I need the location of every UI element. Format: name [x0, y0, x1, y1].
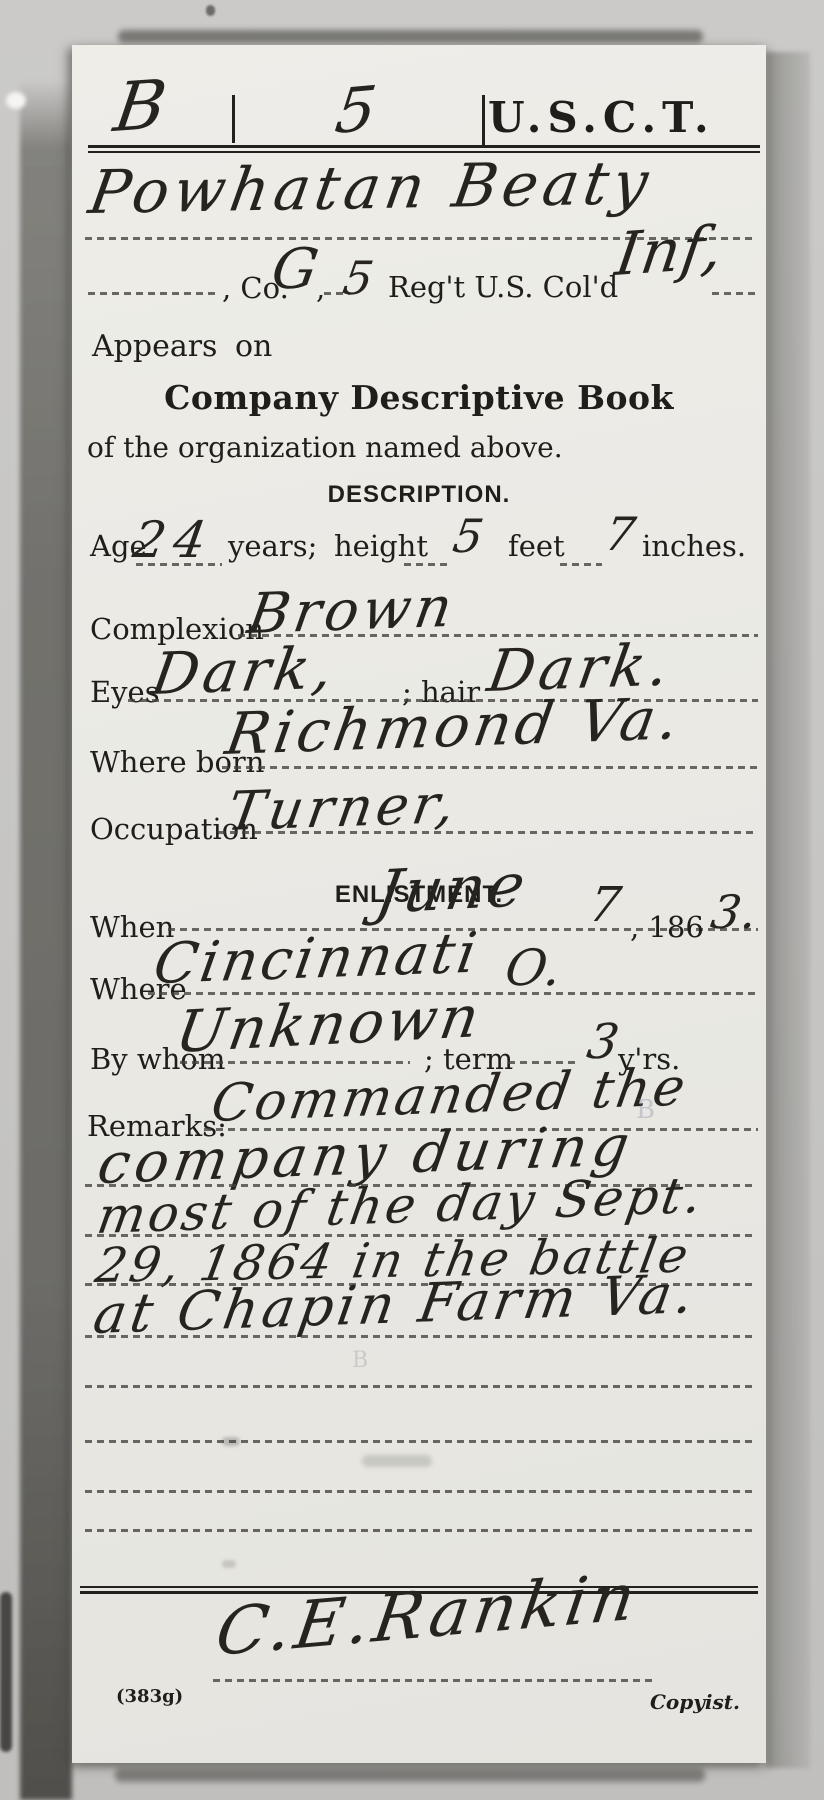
- blank-dotted-rule-4: [85, 1529, 757, 1532]
- where-state-value: O.: [502, 943, 566, 993]
- faint-stamp-2: B: [352, 1350, 368, 1372]
- eyes-value: Dark,: [148, 639, 341, 703]
- when-month-value: June: [372, 855, 532, 923]
- blank-dotted-rule-3: [85, 1490, 757, 1493]
- index-number: 5: [332, 78, 381, 143]
- height-label: height: [334, 532, 428, 561]
- copyist-signature: C.E.Rankin: [212, 1564, 643, 1666]
- right-shadow-strip: [766, 52, 810, 1768]
- by-whom-dotted-rule: [180, 1061, 410, 1064]
- inches-label: inches.: [642, 532, 746, 561]
- dark-speck-top: [206, 5, 215, 16]
- height-feet-value: 5: [450, 513, 488, 559]
- book-subtitle: of the organization named above.: [87, 434, 563, 462]
- occupation-value: Turner,: [224, 777, 462, 839]
- left-shadow-strip: [20, 80, 72, 1800]
- org-title: U.S.C.T.: [488, 97, 715, 139]
- age-dots: [136, 563, 222, 566]
- unit-comma: ,: [316, 274, 325, 303]
- when-day-value: 7: [586, 881, 625, 929]
- year-printed-label: , 186: [630, 913, 704, 942]
- blank-dotted-rule-2: [85, 1440, 757, 1443]
- faint-smudge-2: [222, 1437, 240, 1446]
- unit-leading-dots: [88, 292, 218, 295]
- org-divider-bar: [482, 95, 485, 145]
- unit-trailing-dots: [712, 292, 758, 295]
- faint-stamp: B: [636, 1097, 655, 1123]
- description-heading: DESCRIPTION.: [72, 483, 766, 507]
- blank-dotted-rule-1: [85, 1385, 757, 1388]
- scan-smudge-bottom: [115, 1768, 705, 1782]
- feet-dots: [404, 563, 450, 566]
- inches-dots: [560, 563, 602, 566]
- index-letter: B: [110, 72, 171, 143]
- height-inches-value: 7: [602, 511, 640, 557]
- born-value: Richmond Va.: [222, 689, 687, 763]
- appears-on-label: Appears on: [92, 332, 272, 362]
- record-card: B 5 U.S.C.T. Powhatan Beaty , Co. G , 5 …: [72, 45, 766, 1763]
- soldier-name: Powhatan Beaty: [85, 153, 657, 223]
- years-label: years;: [228, 532, 317, 561]
- occupation-dotted-rule: [218, 831, 758, 834]
- branch-value: Inf,: [612, 218, 727, 285]
- signature-dotted-rule: [213, 1679, 653, 1682]
- form-number: (383g): [116, 1688, 183, 1706]
- feet-label: feet: [508, 532, 565, 561]
- scanned-document: B 5 U.S.C.T. Powhatan Beaty , Co. G , 5 …: [0, 0, 824, 1800]
- where-city-value: Cincinnati: [150, 926, 483, 993]
- scan-smudge-top: [118, 30, 703, 43]
- copyist-label: Copyist.: [650, 1692, 740, 1712]
- born-dotted-rule: [222, 766, 758, 769]
- white-speck: [6, 92, 26, 109]
- regiment-label: Reg't U.S. Col'd: [388, 273, 618, 302]
- age-value: 24: [130, 515, 218, 565]
- remarks-dotted-rule-5: [85, 1335, 757, 1338]
- year-digit-value: 3.: [708, 889, 761, 935]
- book-title: Company Descriptive Book: [72, 381, 766, 414]
- faint-smudge-1: [362, 1455, 432, 1467]
- edge-mark-bottom-left: [0, 1592, 12, 1752]
- index-divider-bar: [232, 95, 235, 143]
- faint-smudge-3: [222, 1560, 236, 1568]
- company-value: G: [268, 242, 323, 298]
- regiment-number: 5: [340, 255, 378, 301]
